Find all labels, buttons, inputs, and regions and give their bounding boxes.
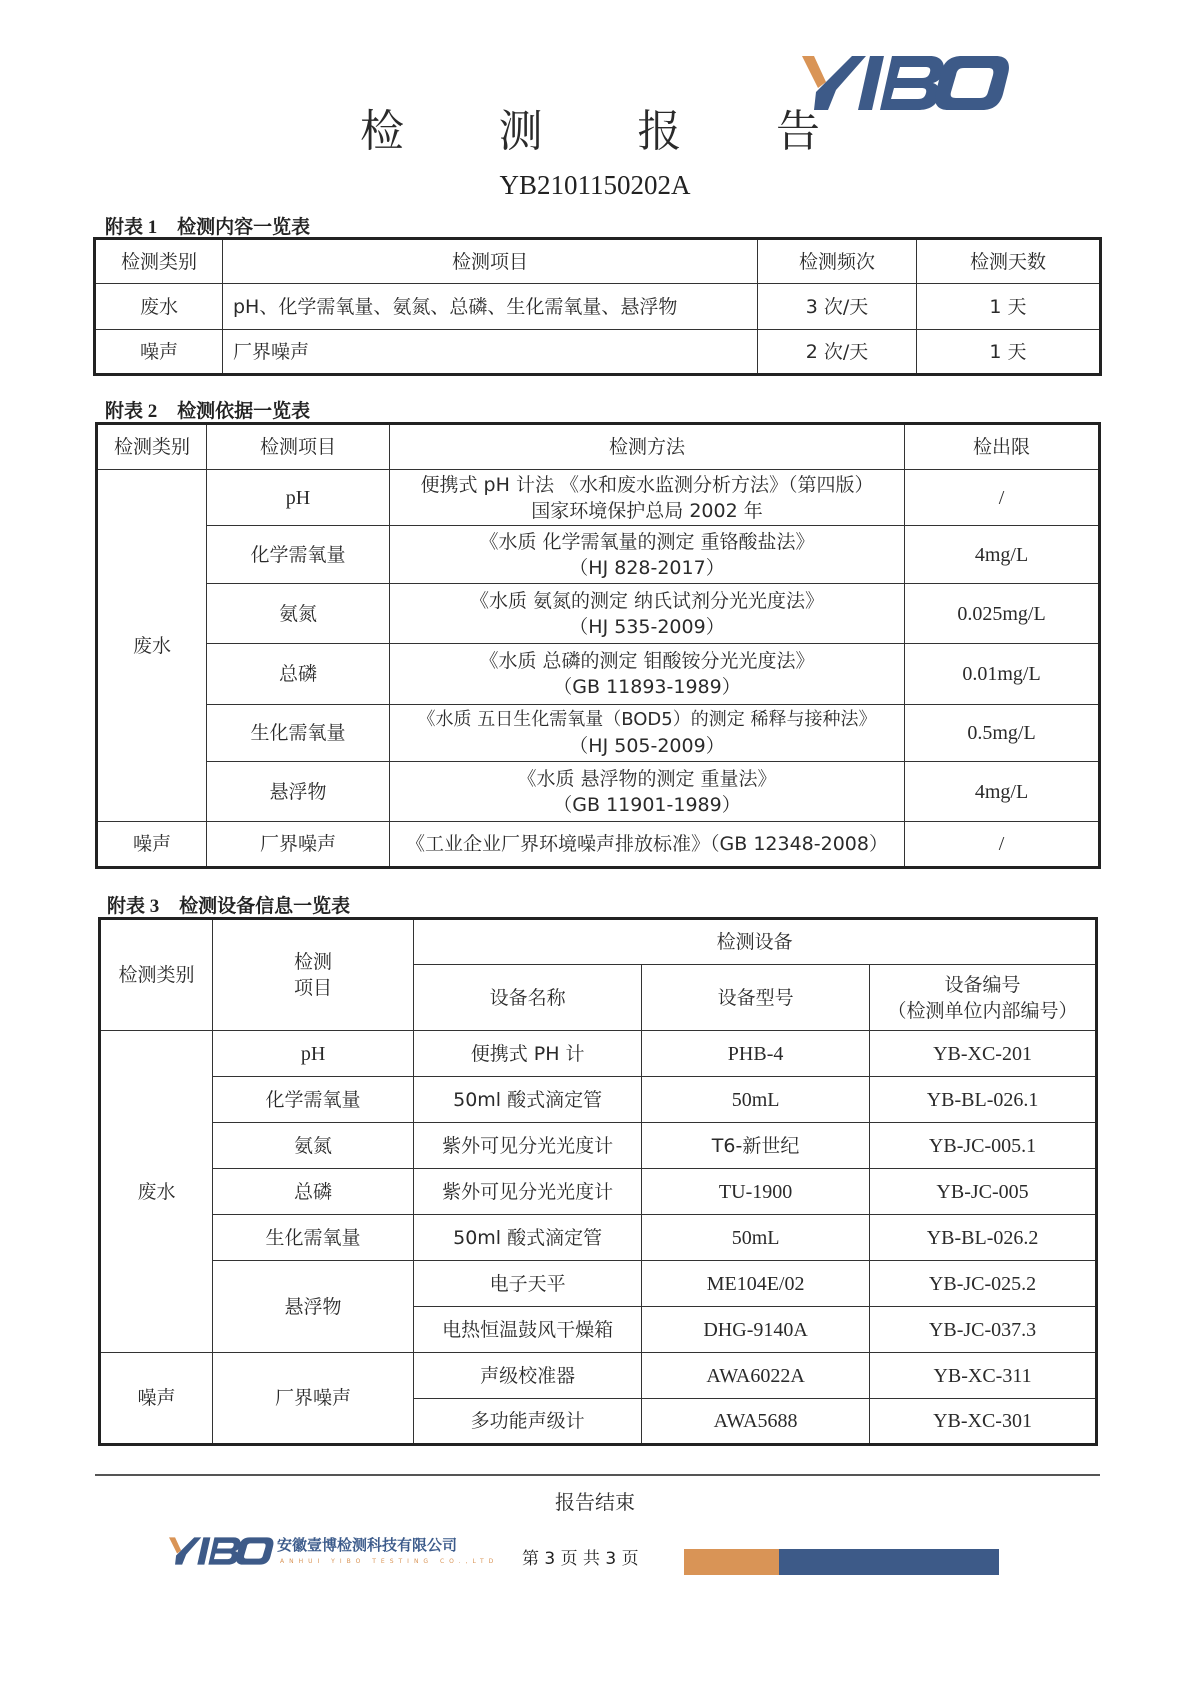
limit-cell: 0.025mg/L <box>905 584 1100 644</box>
table-row: 废水 pH 便携式 PH 计 PHB-4 YB-XC-201 <box>100 1031 1097 1077</box>
method-line: （GB 11893-1989） <box>394 674 900 700</box>
method-cell: 《水质 氨氮的测定 纳氏试剂分光光度法》（HJ 535-2009） <box>390 584 905 644</box>
footer-orange-bar <box>684 1549 779 1575</box>
title-char: 报 <box>637 95 681 159</box>
method-cell: 《工业企业厂界环境噪声排放标准》（GB 12348-2008） <box>390 822 905 868</box>
id-cell: YB-BL-026.2 <box>870 1215 1097 1261</box>
item-cell: 氨氮 <box>207 584 390 644</box>
report-number: YB2101150202A <box>0 170 1190 201</box>
table-row: 噪声 厂界噪声 《工业企业厂界环境噪声排放标准》（GB 12348-2008） … <box>97 822 1100 868</box>
footer-blue-bar <box>779 1549 999 1575</box>
table-row: 氨氮 《水质 氨氮的测定 纳氏试剂分光光度法》（HJ 535-2009） 0.0… <box>97 584 1100 644</box>
method-line: 《水质 氨氮的测定 纳氏试剂分光光度法》 <box>394 588 900 614</box>
items-cell: pH、化学需氧量、氨氮、总磷、生化需氧量、悬浮物 <box>223 284 758 330</box>
table-row: 噪声 厂界噪声 声级校准器 AWA6022A YB-XC-311 <box>100 1353 1097 1399</box>
yibo-logo <box>800 52 1010 114</box>
page-number: 第 3 页 共 3 页 <box>522 1544 639 1569</box>
table3-caption-text: 检测设备信息一览表 <box>179 895 350 917</box>
table3-header-name: 设备名称 <box>414 965 642 1031</box>
item-cell: 化学需氧量 <box>212 1077 413 1123</box>
model-cell: ME104E/02 <box>642 1261 870 1307</box>
title-char: 告 <box>776 95 820 159</box>
category-cell: 噪声 <box>97 822 207 868</box>
item-cell: 悬浮物 <box>212 1261 413 1353</box>
frequency-cell: 3 次/天 <box>758 284 917 330</box>
id-cell: YB-JC-037.3 <box>870 1307 1097 1353</box>
table1-caption-num: 附表 1 <box>105 217 157 238</box>
table-row: 生化需氧量 《水质 五日生化需氧量（BOD5）的测定 稀释与接种法》（HJ 50… <box>97 705 1100 762</box>
title-char: 检 <box>360 95 404 159</box>
item-cell: 总磷 <box>212 1169 413 1215</box>
table-row: 生化需氧量 50ml 酸式滴定管 50mL YB-BL-026.2 <box>100 1215 1097 1261</box>
header-line: 检测 <box>217 949 409 975</box>
table-row: 废水 pH 便携式 pH 计法 《水和废水监测分析方法》（第四版）国家环境保护总… <box>97 470 1100 526</box>
table2-caption-text: 检测依据一览表 <box>177 400 310 422</box>
item-cell: pH <box>212 1031 413 1077</box>
id-cell: YB-BL-026.1 <box>870 1077 1097 1123</box>
id-cell: YB-XC-201 <box>870 1031 1097 1077</box>
table1-header-category: 检测类别 <box>95 239 223 284</box>
limit-cell: 0.5mg/L <box>905 705 1100 762</box>
method-cell: 《水质 五日生化需氧量（BOD5）的测定 稀释与接种法》（HJ 505-2009… <box>390 705 905 762</box>
table3-header-id: 设备编号（检测单位内部编号） <box>870 965 1097 1031</box>
table2-detection-basis: 检测类别 检测项目 检测方法 检出限 废水 pH 便携式 pH 计法 《水和废水… <box>95 422 1101 869</box>
model-cell: AWA6022A <box>642 1353 870 1399</box>
table-row: 氨氮 紫外可见分光光度计 T6-新世纪 YB-JC-005.1 <box>100 1123 1097 1169</box>
item-cell: 悬浮物 <box>207 762 390 822</box>
table-row: 化学需氧量 50ml 酸式滴定管 50mL YB-BL-026.1 <box>100 1077 1097 1123</box>
item-cell: 厂界噪声 <box>207 822 390 868</box>
table3-header-item: 检测项目 <box>212 919 413 1031</box>
category-cell: 废水 <box>97 470 207 822</box>
table3-equipment-info: 检测类别 检测项目 检测设备 设备名称 设备型号 设备编号（检测单位内部编号） … <box>98 917 1098 1446</box>
model-cell: T6-新世纪 <box>642 1123 870 1169</box>
table1-detection-content: 检测类别 检测项目 检测频次 检测天数 废水 pH、化学需氧量、氨氮、总磷、生化… <box>93 237 1102 376</box>
limit-cell: 4mg/L <box>905 762 1100 822</box>
table2-header-item: 检测项目 <box>207 424 390 470</box>
method-cell: 《水质 化学需氧量的测定 重铬酸盐法》（HJ 828-2017） <box>390 526 905 584</box>
item-cell: 厂界噪声 <box>212 1353 413 1445</box>
table2-header-limit: 检出限 <box>905 424 1100 470</box>
table-row: 噪声 厂界噪声 2 次/天 1 天 <box>95 330 1101 375</box>
table3-caption-num: 附表 3 <box>107 896 159 917</box>
name-cell: 多功能声级计 <box>414 1399 642 1445</box>
category-cell: 废水 <box>100 1031 213 1353</box>
table2-caption: 附表 2 检测依据一览表 <box>105 396 310 423</box>
footer-divider <box>95 1474 1100 1476</box>
method-cell: 《水质 悬浮物的测定 重量法》（GB 11901-1989） <box>390 762 905 822</box>
id-cell: YB-JC-005.1 <box>870 1123 1097 1169</box>
method-line: 《水质 总磷的测定 钼酸铵分光光度法》 <box>394 648 900 674</box>
table-row: 废水 pH、化学需氧量、氨氮、总磷、生化需氧量、悬浮物 3 次/天 1 天 <box>95 284 1101 330</box>
category-cell: 噪声 <box>95 330 223 375</box>
model-cell: PHB-4 <box>642 1031 870 1077</box>
table1-header-frequency: 检测频次 <box>758 239 917 284</box>
table1-caption: 附表 1 检测内容一览表 <box>105 212 310 239</box>
header-line: 设备编号 <box>874 972 1091 998</box>
model-cell: 50mL <box>642 1215 870 1261</box>
item-cell: 生化需氧量 <box>212 1215 413 1261</box>
table3-caption: 附表 3 检测设备信息一览表 <box>107 891 350 918</box>
name-cell: 电子天平 <box>414 1261 642 1307</box>
name-cell: 便携式 PH 计 <box>414 1031 642 1077</box>
header-line: 项目 <box>217 975 409 1001</box>
title-char: 测 <box>499 95 543 159</box>
item-cell: 生化需氧量 <box>207 705 390 762</box>
method-line: 便携式 pH 计法 《水和废水监测分析方法》（第四版） <box>394 472 900 498</box>
days-cell: 1 天 <box>917 284 1101 330</box>
report-end-text: 报告结束 <box>0 1486 1190 1515</box>
method-cell: 便携式 pH 计法 《水和废水监测分析方法》（第四版）国家环境保护总局 2002… <box>390 470 905 526</box>
frequency-cell: 2 次/天 <box>758 330 917 375</box>
table1-caption-text: 检测内容一览表 <box>177 216 310 238</box>
company-name-en: ANHUI YIBO TESTING CO.,LTD <box>280 1558 498 1565</box>
table2-caption-num: 附表 2 <box>105 401 157 422</box>
table-row: 总磷 紫外可见分光光度计 TU-1900 YB-JC-005 <box>100 1169 1097 1215</box>
id-cell: YB-XC-301 <box>870 1399 1097 1445</box>
table-row: 悬浮物 《水质 悬浮物的测定 重量法》（GB 11901-1989） 4mg/L <box>97 762 1100 822</box>
header-line: （检测单位内部编号） <box>874 998 1091 1024</box>
table-row: 化学需氧量 《水质 化学需氧量的测定 重铬酸盐法》（HJ 828-2017） 4… <box>97 526 1100 584</box>
item-cell: 氨氮 <box>212 1123 413 1169</box>
model-cell: TU-1900 <box>642 1169 870 1215</box>
method-line: 国家环境保护总局 2002 年 <box>394 498 900 524</box>
method-cell: 《水质 总磷的测定 钼酸铵分光光度法》（GB 11893-1989） <box>390 644 905 705</box>
item-cell: 化学需氧量 <box>207 526 390 584</box>
limit-cell: 4mg/L <box>905 526 1100 584</box>
method-line: 《水质 化学需氧量的测定 重铬酸盐法》 <box>394 529 900 555</box>
limit-cell: / <box>905 470 1100 526</box>
footer-yibo-logo <box>168 1535 274 1567</box>
table3-header-category: 检测类别 <box>100 919 213 1031</box>
item-cell: 总磷 <box>207 644 390 705</box>
method-line: 《水质 五日生化需氧量（BOD5）的测定 稀释与接种法》 <box>390 707 904 733</box>
name-cell: 50ml 酸式滴定管 <box>414 1215 642 1261</box>
method-line: （GB 11901-1989） <box>394 792 900 818</box>
name-cell: 50ml 酸式滴定管 <box>414 1077 642 1123</box>
table2-header-method: 检测方法 <box>390 424 905 470</box>
table3-header-equipment: 检测设备 <box>414 919 1097 965</box>
table-row: 悬浮物 电子天平 ME104E/02 YB-JC-025.2 <box>100 1261 1097 1307</box>
name-cell: 电热恒温鼓风干燥箱 <box>414 1307 642 1353</box>
method-line: （HJ 828-2017） <box>394 555 900 581</box>
limit-cell: / <box>905 822 1100 868</box>
method-line: （HJ 505-2009） <box>390 733 904 759</box>
company-name: 安徽壹博检测科技有限公司 <box>277 1534 457 1555</box>
document-title: 检 测 报 告 <box>360 95 820 159</box>
items-cell: 厂界噪声 <box>223 330 758 375</box>
name-cell: 紫外可见分光光度计 <box>414 1123 642 1169</box>
model-cell: DHG-9140A <box>642 1307 870 1353</box>
table-row: 总磷 《水质 总磷的测定 钼酸铵分光光度法》（GB 11893-1989） 0.… <box>97 644 1100 705</box>
limit-cell: 0.01mg/L <box>905 644 1100 705</box>
name-cell: 紫外可见分光光度计 <box>414 1169 642 1215</box>
table1-header-days: 检测天数 <box>917 239 1101 284</box>
method-line: 《水质 悬浮物的测定 重量法》 <box>394 766 900 792</box>
model-cell: AWA5688 <box>642 1399 870 1445</box>
table1-header-items: 检测项目 <box>223 239 758 284</box>
category-cell: 废水 <box>95 284 223 330</box>
item-cell: pH <box>207 470 390 526</box>
method-line: （HJ 535-2009） <box>394 614 900 640</box>
id-cell: YB-JC-005 <box>870 1169 1097 1215</box>
name-cell: 声级校准器 <box>414 1353 642 1399</box>
id-cell: YB-XC-311 <box>870 1353 1097 1399</box>
days-cell: 1 天 <box>917 330 1101 375</box>
table3-header-model: 设备型号 <box>642 965 870 1031</box>
id-cell: YB-JC-025.2 <box>870 1261 1097 1307</box>
table2-header-category: 检测类别 <box>97 424 207 470</box>
category-cell: 噪声 <box>100 1353 213 1445</box>
model-cell: 50mL <box>642 1077 870 1123</box>
